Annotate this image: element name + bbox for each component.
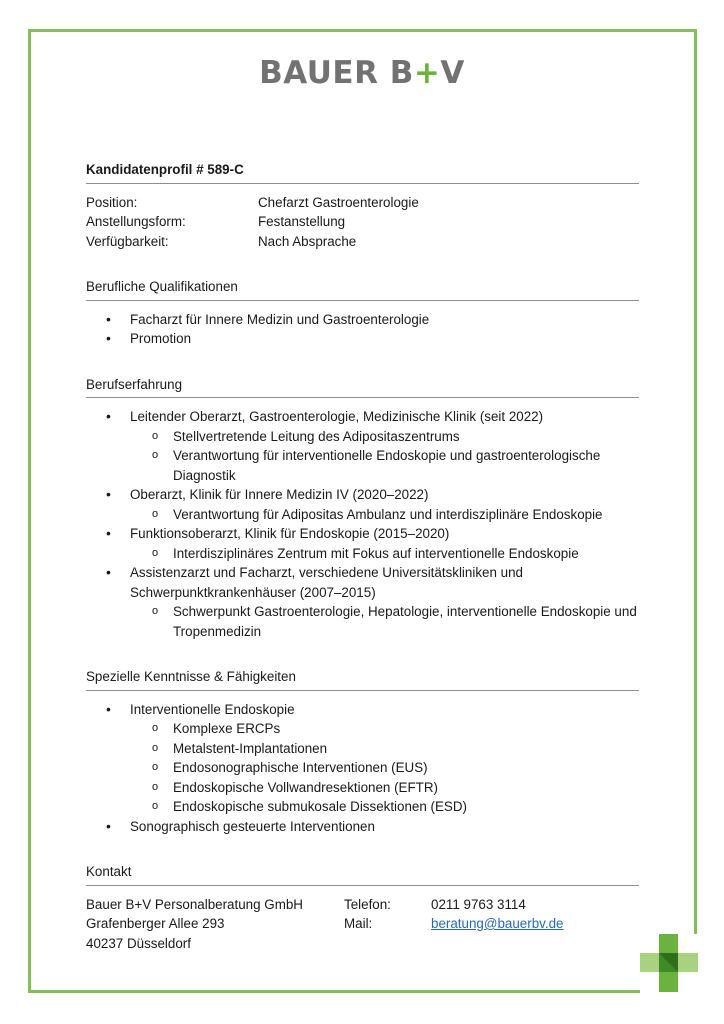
- experience-list: Leitender Oberarzt, Gastroenterologie, M…: [86, 407, 639, 641]
- sub-list-item: Schwerpunkt Gastroenterologie, Hepatolog…: [86, 602, 639, 641]
- logo-text-bauer-b: BAUER B: [259, 55, 414, 91]
- sub-list-item: Verantwortung für Adipositas Ambulanz un…: [86, 505, 639, 525]
- contact-values: 0211 9763 3114 beratung@bauerbv.de: [431, 895, 563, 954]
- frame-border-bottom: [28, 990, 640, 993]
- profile-title: Kandidatenprofil # 589-C: [86, 160, 639, 184]
- list-item: Leitender Oberarzt, Gastroenterologie, M…: [86, 407, 639, 427]
- list-item: Promotion: [86, 329, 639, 349]
- field-label: Verfügbarkeit:: [86, 232, 258, 252]
- section-heading: Kontakt: [86, 862, 639, 886]
- field-label: Position:: [86, 193, 258, 213]
- sub-list-item: Endoskopische submukosale Dissektionen (…: [86, 797, 639, 817]
- sub-list-item: Stellvertretende Leitung des Adipositasz…: [86, 427, 639, 447]
- plus-logo-icon: [640, 934, 698, 992]
- sub-list-item: Endosonographische Interventionen (EUS): [86, 758, 639, 778]
- field-label: Anstellungsform:: [86, 212, 258, 232]
- section-heading: Berufliche Qualifikationen: [86, 277, 639, 301]
- document-body: Kandidatenprofil # 589-C Position: Chefa…: [86, 160, 639, 953]
- list-item: Funktionsoberarzt, Klinik für Endoskopie…: [86, 524, 639, 544]
- sub-list-item: Endoskopische Vollwandresektionen (EFTR): [86, 778, 639, 798]
- mail-label: Mail:: [344, 914, 431, 934]
- frame-border-left: [28, 29, 31, 992]
- phone-number: 0211 9763 3114: [431, 895, 563, 915]
- profile-fields: Position: Chefarzt Gastroenterologie Ans…: [86, 193, 639, 252]
- skills-list: Interventionelle EndoskopieKomplexe ERCP…: [86, 700, 639, 837]
- logo-text-v: V: [440, 55, 465, 91]
- contact-block: Bauer B+V Personalberatung GmbH Grafenbe…: [86, 895, 639, 954]
- field-position: Position: Chefarzt Gastroenterologie: [86, 193, 639, 213]
- field-value: Chefarzt Gastroenterologie: [258, 193, 419, 213]
- list-item: Sonographisch gesteuerte Interventionen: [86, 817, 639, 837]
- sub-list-item: Interdisziplinäres Zentrum mit Fokus auf…: [86, 544, 639, 564]
- list-item: Assistenzarzt und Facharzt, verschiedene…: [86, 563, 639, 602]
- section-experience: Berufserfahrung Leitender Oberarzt, Gast…: [86, 375, 639, 642]
- email-link[interactable]: beratung@bauerbv.de: [431, 916, 563, 931]
- field-employment-type: Anstellungsform: Festanstellung: [86, 212, 639, 232]
- list-item: Facharzt für Innere Medizin und Gastroen…: [86, 310, 639, 330]
- section-heading: Spezielle Kenntnisse & Fähigkeiten: [86, 667, 639, 691]
- frame-border-top: [28, 29, 697, 32]
- phone-label: Telefon:: [344, 895, 431, 915]
- list-item: Oberarzt, Klinik für Innere Medizin IV (…: [86, 485, 639, 505]
- company-logo: BAUER B+V: [0, 55, 724, 91]
- list-item: Interventionelle Endoskopie: [86, 700, 639, 720]
- section-qualifications: Berufliche Qualifikationen Facharzt für …: [86, 277, 639, 349]
- qualifications-list: Facharzt für Innere Medizin und Gastroen…: [86, 310, 639, 349]
- company-name: Bauer B+V Personalberatung GmbH: [86, 895, 344, 915]
- field-availability: Verfügbarkeit: Nach Absprache: [86, 232, 639, 252]
- field-value: Nach Absprache: [258, 232, 356, 252]
- logo-plus-icon: +: [414, 55, 440, 91]
- city-address: 40237 Düsseldorf: [86, 934, 344, 954]
- sub-list-item: Metalstent-Implantationen: [86, 739, 639, 759]
- contact-labels: Telefon: Mail:: [344, 895, 431, 954]
- section-heading: Berufserfahrung: [86, 375, 639, 399]
- section-skills: Spezielle Kenntnisse & Fähigkeiten Inter…: [86, 667, 639, 836]
- section-contact: Kontakt Bauer B+V Personalberatung GmbH …: [86, 862, 639, 953]
- frame-border-right: [694, 29, 697, 934]
- sub-list-item: Komplexe ERCPs: [86, 719, 639, 739]
- sub-list-item: Verantwortung für interventionelle Endos…: [86, 446, 639, 485]
- contact-address: Bauer B+V Personalberatung GmbH Grafenbe…: [86, 895, 344, 954]
- street-address: Grafenberger Allee 293: [86, 914, 344, 934]
- field-value: Festanstellung: [258, 212, 345, 232]
